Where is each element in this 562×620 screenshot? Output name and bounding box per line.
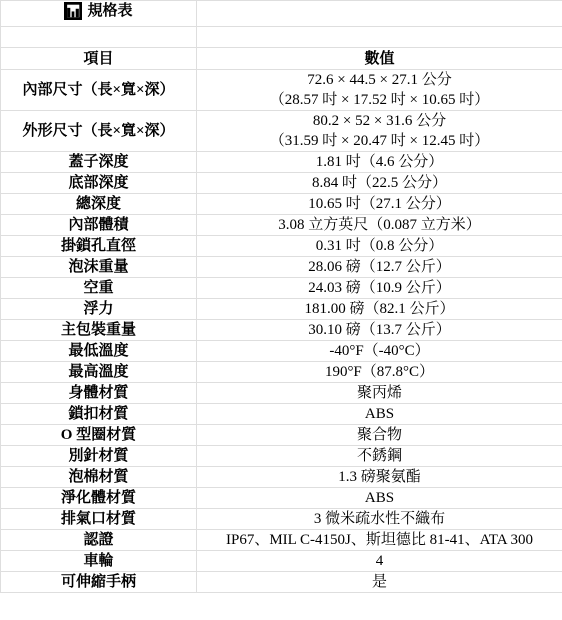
table-row: 內部體積 3.08 立方英尺（0.087 立方米）: [1, 215, 562, 236]
spec-label: 身體材質: [1, 383, 197, 404]
spec-label: 總深度: [1, 194, 197, 215]
spec-label: 鎖扣材質: [1, 404, 197, 425]
table-row: 泡沫重量 28.06 磅（12.7 公斤）: [1, 257, 562, 278]
spec-value: 10.65 吋（27.1 公分）: [197, 194, 562, 215]
spec-value: 30.10 磅（13.7 公斤）: [197, 320, 562, 341]
blank-cell: [1, 27, 197, 48]
title-row-empty-cell: [197, 1, 562, 27]
spec-value-line: 28.06 磅（12.7 公斤）: [199, 257, 560, 277]
spec-value: 4: [197, 551, 562, 572]
spec-label: 底部深度: [1, 173, 197, 194]
spec-value: 是: [197, 572, 562, 593]
spec-value: 1.81 吋（4.6 公分）: [197, 152, 562, 173]
spec-value: 1.3 磅聚氨酯: [197, 467, 562, 488]
table-row: 浮力 181.00 磅（82.1 公斤）: [1, 299, 562, 320]
spec-label: 內部體積: [1, 215, 197, 236]
spec-value: 24.03 磅（10.9 公斤）: [197, 278, 562, 299]
header-row: 項目 數值: [1, 48, 562, 70]
spec-value-line: 72.6 × 44.5 × 27.1 公分: [199, 70, 560, 90]
spec-value-line: ABS: [199, 404, 560, 424]
table-row: 底部深度 8.84 吋（22.5 公分）: [1, 173, 562, 194]
table-row: 主包裝重量 30.10 磅（13.7 公斤）: [1, 320, 562, 341]
spec-label: 可伸縮手柄: [1, 572, 197, 593]
spec-label: 外形尺寸（長×寬×深）: [1, 111, 197, 152]
spec-label: 掛鎖孔直徑: [1, 236, 197, 257]
spec-value-line: （28.57 吋 × 17.52 吋 × 10.65 吋）: [199, 90, 560, 110]
spec-value-line: ABS: [199, 488, 560, 508]
spec-value: 80.2 × 52 × 31.6 公分（31.59 吋 × 20.47 吋 × …: [197, 111, 562, 152]
blank-row: [1, 27, 562, 48]
spec-value-line: 聚合物: [199, 425, 560, 445]
table-row: 鎖扣材質 ABS: [1, 404, 562, 425]
spec-label: 車輪: [1, 551, 197, 572]
spec-value: 28.06 磅（12.7 公斤）: [197, 257, 562, 278]
spec-value-line: 3 微米疏水性不織布: [199, 509, 560, 529]
spec-value-line: （31.59 吋 × 20.47 吋 × 12.45 吋）: [199, 131, 560, 151]
spec-value-line: 1.3 磅聚氨酯: [199, 467, 560, 487]
table-row: 排氣口材質 3 微米疏水性不織布: [1, 509, 562, 530]
spec-label: 主包裝重量: [1, 320, 197, 341]
table-row: 車輪 4: [1, 551, 562, 572]
spec-value: 190°F（87.8°C）: [197, 362, 562, 383]
spec-label: 浮力: [1, 299, 197, 320]
spec-value: 0.31 吋（0.8 公分）: [197, 236, 562, 257]
table-row: 可伸縮手柄 是: [1, 572, 562, 593]
spec-value-line: 30.10 磅（13.7 公斤）: [199, 320, 560, 340]
spec-value: 3 微米疏水性不織布: [197, 509, 562, 530]
spec-value: 不銹鋼: [197, 446, 562, 467]
title-cell: 規格表: [1, 1, 197, 27]
spec-value: 聚合物: [197, 425, 562, 446]
spec-value: 3.08 立方英尺（0.087 立方米）: [197, 215, 562, 236]
spec-value: 181.00 磅（82.1 公斤）: [197, 299, 562, 320]
spec-label: 空重: [1, 278, 197, 299]
spec-value-line: 8.84 吋（22.5 公分）: [199, 173, 560, 193]
table-row: O 型圈材質 聚合物: [1, 425, 562, 446]
table-row: 掛鎖孔直徑 0.31 吋（0.8 公分）: [1, 236, 562, 257]
spec-value-line: 10.65 吋（27.1 公分）: [199, 194, 560, 214]
blank-cell: [197, 27, 562, 48]
column-header-item: 項目: [1, 48, 197, 70]
spec-label: 泡沫重量: [1, 257, 197, 278]
spec-value-line: 4: [199, 551, 560, 571]
table-row: 總深度 10.65 吋（27.1 公分）: [1, 194, 562, 215]
spec-value: 8.84 吋（22.5 公分）: [197, 173, 562, 194]
table-row: 外形尺寸（長×寬×深） 80.2 × 52 × 31.6 公分（31.59 吋 …: [1, 111, 562, 152]
spec-value: 聚丙烯: [197, 383, 562, 404]
spec-value-line: 190°F（87.8°C）: [199, 362, 560, 382]
spec-value-line: -40°F（-40°C）: [199, 341, 560, 361]
spec-value-line: 80.2 × 52 × 31.6 公分: [199, 111, 560, 131]
spec-value-line: 聚丙烯: [199, 383, 560, 403]
table-row: 淨化體材質 ABS: [1, 488, 562, 509]
spec-label: O 型圈材質: [1, 425, 197, 446]
table-row: 身體材質 聚丙烯: [1, 383, 562, 404]
spec-value: ABS: [197, 404, 562, 425]
spec-label: 認證: [1, 530, 197, 551]
table-row: 空重 24.03 磅（10.9 公斤）: [1, 278, 562, 299]
spec-label: 蓋子深度: [1, 152, 197, 173]
column-header-value: 數值: [197, 48, 562, 70]
title-row: 規格表: [1, 1, 562, 27]
spec-value-line: 1.81 吋（4.6 公分）: [199, 152, 560, 172]
spec-value-line: 0.31 吋（0.8 公分）: [199, 236, 560, 256]
spec-sheet: 規格表 項目 數值 內部尺寸（長×寬×深） 72.6 × 44.5 × 27.1…: [0, 0, 562, 593]
spec-value-line: 24.03 磅（10.9 公斤）: [199, 278, 560, 298]
spec-label: 最高溫度: [1, 362, 197, 383]
table-row: 蓋子深度 1.81 吋（4.6 公分）: [1, 152, 562, 173]
spec-label: 最低溫度: [1, 341, 197, 362]
spec-value: ABS: [197, 488, 562, 509]
spec-label: 排氣口材質: [1, 509, 197, 530]
table-row: 最低溫度 -40°F（-40°C）: [1, 341, 562, 362]
bar-chart-icon: [64, 2, 82, 20]
spec-value-line: 181.00 磅（82.1 公斤）: [199, 299, 560, 319]
table-row: 認證 IP67、MIL C-4150J、斯坦德比 81-41、ATA 300: [1, 530, 562, 551]
table-row: 別針材質 不銹鋼: [1, 446, 562, 467]
spec-value-line: IP67、MIL C-4150J、斯坦德比 81-41、ATA 300: [199, 530, 560, 550]
spec-value: IP67、MIL C-4150J、斯坦德比 81-41、ATA 300: [197, 530, 562, 551]
spec-table: 規格表 項目 數值 內部尺寸（長×寬×深） 72.6 × 44.5 × 27.1…: [0, 0, 562, 593]
table-row: 最高溫度 190°F（87.8°C）: [1, 362, 562, 383]
table-row: 泡棉材質 1.3 磅聚氨酯: [1, 467, 562, 488]
spec-label: 別針材質: [1, 446, 197, 467]
spec-value: 72.6 × 44.5 × 27.1 公分（28.57 吋 × 17.52 吋 …: [197, 70, 562, 111]
spec-value-line: 不銹鋼: [199, 446, 560, 466]
spec-label: 淨化體材質: [1, 488, 197, 509]
spec-label: 泡棉材質: [1, 467, 197, 488]
page-title: 規格表: [87, 1, 132, 21]
spec-label: 內部尺寸（長×寬×深）: [1, 70, 197, 111]
table-row: 內部尺寸（長×寬×深） 72.6 × 44.5 × 27.1 公分（28.57 …: [1, 70, 562, 111]
spec-value-line: 3.08 立方英尺（0.087 立方米）: [199, 215, 560, 235]
spec-value-line: 是: [199, 572, 560, 592]
spec-value: -40°F（-40°C）: [197, 341, 562, 362]
